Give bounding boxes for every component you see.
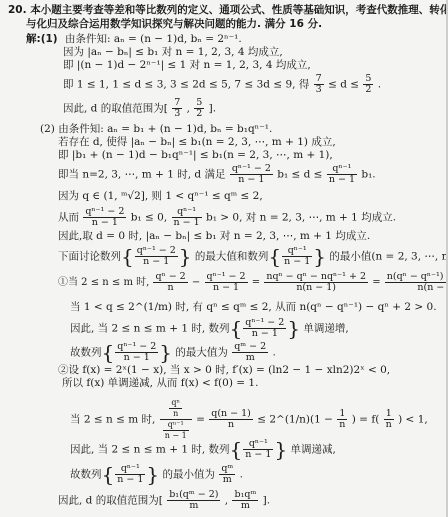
case2-line4: 因此, 当 2 ≤ n ≤ m + 1 时, 数列{qⁿ⁻¹n − 1} 单调递… bbox=[70, 439, 336, 460]
part1-conclusion: 因此, d 的取值范围为[ 73 , 52 ]. bbox=[63, 98, 216, 119]
part2-line5: 因为 q ∈ (1, ᵐ√2], 则 1 < qⁿ⁻¹ ≤ qᵐ ≤ 2, bbox=[58, 190, 263, 202]
fraction: qⁿ⁻¹ − 2n − 1 bbox=[83, 207, 126, 228]
fraction: qⁿ⁻¹n − 1 bbox=[282, 246, 312, 267]
fraction: 52 bbox=[194, 98, 204, 119]
part1-line1: 解:(1) 由条件知: aₙ = (n − 1)d, bₙ = 2ⁿ⁻¹. bbox=[26, 33, 242, 45]
part2-line7: 因此,取 d = 0 时, |aₙ − bₙ| ≤ b₁ 对 n = 2, 3,… bbox=[58, 230, 370, 242]
problem-intro-line1: 20. 本小题主要考查等差和等比数列的定义、通项公式、性质等基础知识，考查代数推… bbox=[8, 4, 448, 16]
fraction: qⁿ⁻¹n − 1 bbox=[172, 207, 202, 228]
part2-line6: 从而 qⁿ⁻¹ − 2n − 1 b₁ ≤ 0, qⁿ⁻¹n − 1 b₁ > … bbox=[58, 207, 396, 228]
fraction: qⁿ⁻¹ − 2n − 1 bbox=[135, 246, 178, 267]
part2-label: (2) bbox=[40, 123, 55, 135]
case2-line2: 所以 f(x) 单调递减, 从而 f(x) < f(0) = 1. bbox=[62, 377, 258, 389]
part2-line4: 即当 n=2, 3, ⋯, m + 1 时, d 满足 qⁿ⁻¹ − 2n − … bbox=[58, 164, 376, 185]
fraction: 52 bbox=[363, 74, 373, 95]
part2-line3: 即 |b₁ + (n − 1)d − b₁qⁿ⁻¹| ≤ b₁(n = 2, 3… bbox=[58, 149, 333, 161]
solution-page: 20. 本小题主要考查等差和等比数列的定义、通项公式、性质等基础知识，考查代数推… bbox=[0, 0, 448, 517]
case1-line1: ①当 2 ≤ n ≤ m 时, qⁿ − 2n − qⁿ⁻¹ − 2n − 1 … bbox=[58, 272, 448, 293]
part2-line2: 若存在 d, 使得 |aₙ − bₙ| ≤ b₁(n = 2, 3, ⋯, m … bbox=[58, 136, 336, 148]
case2-line5: 故数列{qⁿ⁻¹n − 1} 的最小值为 qᵐm . bbox=[70, 464, 243, 485]
case1-line3: 因此, 当 2 ≤ n ≤ m + 1 时, 数列{qⁿ⁻¹ − 2n − 1}… bbox=[70, 318, 349, 339]
part2-line8: 下面讨论数列{qⁿ⁻¹ − 2n − 1} 的最大值和数列{qⁿ⁻¹n − 1}… bbox=[58, 246, 448, 267]
problem-intro-line2: 与化归及综合运用数学知识探究与解决问题的能力. 满分 16 分. bbox=[26, 18, 322, 30]
problem-number: 20. bbox=[8, 4, 27, 16]
final-conclusion: 因此, d 的取值范围为[ b₁(qᵐ − 2)m , b₁qᵐm ]. bbox=[58, 490, 270, 511]
case1-line4: 故数列{qⁿ⁻¹ − 2n − 1} 的最大值为 qᵐ − 2m . bbox=[70, 342, 276, 363]
case2-line3: 当 2 ≤ n ≤ m 时, qⁿn qⁿ⁻¹n − 1 = q(n − 1)n… bbox=[70, 398, 428, 441]
part1-line3: 即 |(n − 1)d − 2ⁿ⁻¹| ≤ 1 对 n = 1, 2, 3, 4… bbox=[63, 59, 311, 71]
fraction: qⁿ⁻¹n − 1 bbox=[327, 164, 357, 185]
part2-line1: (2) 由条件知: aₙ = b₁ + (n − 1)d, bₙ = b₁qⁿ⁻… bbox=[40, 123, 272, 135]
case1-line2: 当 1 < q ≤ 2^(1/m) 时, 有 qⁿ ≤ qᵐ ≤ 2, 从而 n… bbox=[70, 301, 437, 313]
fraction: qⁿ⁻¹ − 2n − 1 bbox=[230, 164, 273, 185]
fraction: 73 bbox=[314, 74, 324, 95]
part1-line2: 因为 |aₙ − bₙ| ≤ b₁ 对 n = 1, 2, 3, 4 均成立, bbox=[63, 46, 283, 58]
fraction: 73 bbox=[172, 98, 182, 119]
case2-line1: ②设 f(x) = 2ˣ(1 − x), 当 x > 0 时, f′(x) = … bbox=[58, 364, 390, 376]
part1-line4: 即 1 ≤ 1, 1 ≤ d ≤ 3, 3 ≤ 2d ≤ 5, 7 ≤ 3d ≤… bbox=[63, 74, 381, 95]
part1-label: 解:(1) bbox=[26, 33, 58, 45]
